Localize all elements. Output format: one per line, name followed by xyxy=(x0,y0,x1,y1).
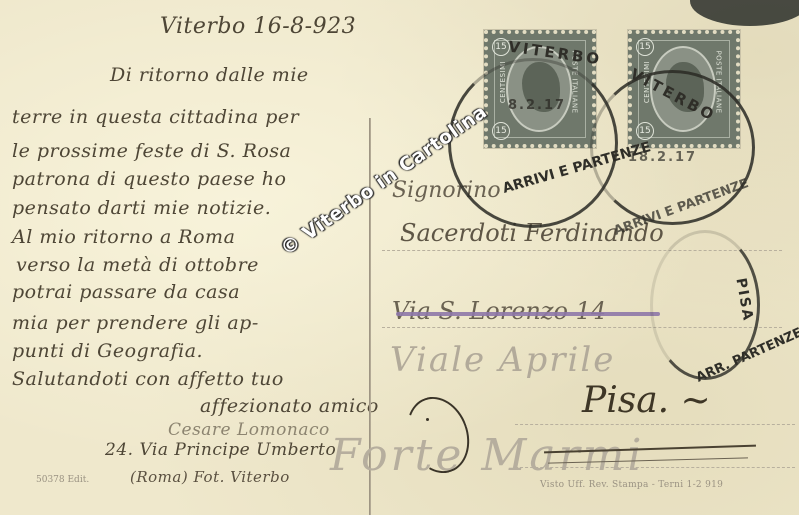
stamp-value: 15 xyxy=(636,38,654,56)
letter-line: affezionato amico xyxy=(200,395,379,417)
postmark-partial xyxy=(690,0,799,26)
censor-note: Visto Uff. Rev. Stampa - Terni 1-2 919 xyxy=(540,480,723,490)
return-address: 24. Via Principe Umberto xyxy=(105,440,336,460)
letter-line: mia per prendere gli ap- xyxy=(12,312,259,334)
publisher-ref: 50378 Edit. xyxy=(36,475,89,485)
letter-line: le prossime feste di S. Rosa xyxy=(12,140,291,162)
forwarding-address: Viale Aprile xyxy=(390,340,615,380)
letter-line: Al mio ritorno a Roma xyxy=(12,226,235,248)
letter-line: Salutandoti con affetto tuo xyxy=(12,368,284,390)
postcard-back: Viterbo 16-8-923 Di ritorno dalle mie te… xyxy=(0,0,799,515)
publisher-handwritten: (Roma) Fot. Viterbo xyxy=(130,468,290,486)
address-line xyxy=(515,424,795,425)
letter-signature: Cesare Lomonaco xyxy=(168,420,330,440)
letter-line: terre in questa cittadina per xyxy=(12,106,299,128)
postmark-date: 8.2.17 xyxy=(508,98,566,113)
address-city: Pisa. ~ xyxy=(582,380,711,421)
postmark-date: 18.2.17 xyxy=(628,150,697,165)
faint-annotation: Forte Marmi xyxy=(330,430,644,481)
strikethrough-mark xyxy=(396,312,660,316)
letter-line: verso la metà di ottobre xyxy=(16,254,259,276)
letter-line: potrai passare da casa xyxy=(12,281,240,303)
letter-line: patrona di questo paese ho xyxy=(12,168,286,190)
letter-date: Viterbo 16-8-923 xyxy=(160,14,356,39)
letter-line: Di ritorno dalle mie xyxy=(110,64,309,86)
zero-mark-dot xyxy=(426,418,429,421)
letter-line: pensato darti mie notizie. xyxy=(12,197,271,219)
address-street: Via S. Lorenzo 14 xyxy=(392,297,606,325)
letter-line: punti di Geografia. xyxy=(12,340,203,362)
